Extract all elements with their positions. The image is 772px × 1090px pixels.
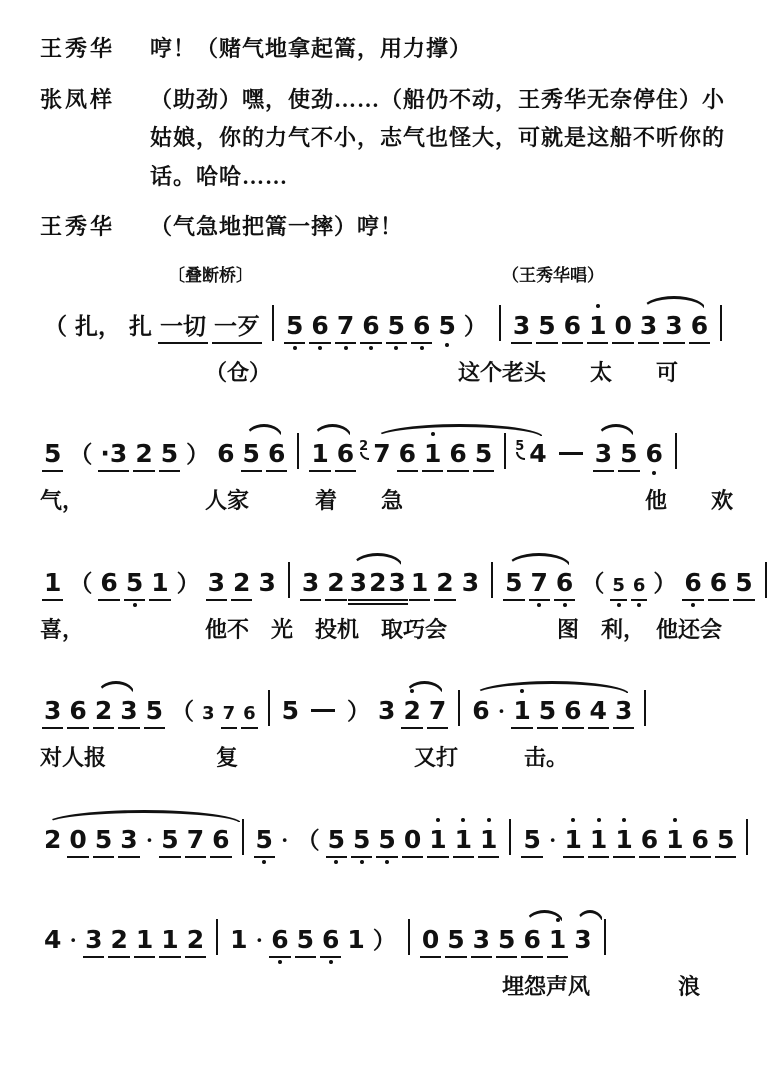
beam-line [300, 599, 321, 601]
beam-line [402, 856, 423, 858]
note: 1 [455, 827, 472, 852]
note: 5 [523, 827, 540, 852]
note: 3 [388, 570, 405, 595]
beam-line [149, 599, 170, 601]
note: 5 [256, 827, 273, 852]
note: 2 [436, 570, 453, 595]
note: 6 [362, 313, 379, 338]
note: 0 [404, 827, 421, 852]
note: 3 [595, 441, 612, 466]
octave-dot-low [344, 346, 348, 350]
slur-arc [313, 424, 352, 438]
beam-line [411, 342, 432, 344]
note: 6 [100, 570, 117, 595]
beam-line [397, 470, 418, 472]
beam-line [511, 342, 532, 344]
notes-row: 1（651）32332323123576（56）665 [40, 542, 732, 616]
slur-arc [352, 553, 403, 567]
note: 3 [350, 570, 367, 595]
octave-dot-low [691, 603, 695, 607]
octave-dot-low [262, 860, 266, 864]
barline [268, 690, 270, 726]
note: 2 [135, 441, 152, 466]
octave-dot-low [637, 603, 641, 607]
beam-line [521, 856, 542, 858]
music-system: 4·321121·6561）0535613 埋怨声风 浪 [40, 899, 732, 1002]
beam-line [478, 856, 499, 858]
score-text: ） [653, 572, 676, 595]
note: 5 [498, 927, 515, 952]
score-text: （ [171, 700, 194, 723]
score-text: 扎， [75, 315, 121, 338]
note: 7 [531, 570, 548, 595]
beam-line [471, 956, 492, 958]
note: 6 [564, 698, 581, 723]
note: 5 [505, 570, 522, 595]
lyrics-line: 喜， 他不 光 投机 取巧会 图 利， 他还会 [40, 616, 732, 645]
beam-line [326, 856, 347, 858]
beam-line [473, 470, 494, 472]
note: 0 [422, 927, 439, 952]
beam-line [98, 599, 119, 601]
note: 3 [85, 927, 102, 952]
note: 6 [69, 698, 86, 723]
beam-line [67, 856, 88, 858]
octave-dot-low [360, 860, 364, 864]
beam-line [108, 956, 129, 958]
beam-line [325, 599, 346, 601]
note: 3 [120, 827, 137, 852]
speech-text: 哼！（赌气地拿起篙，用力撑） [150, 30, 732, 69]
barline [746, 819, 748, 855]
beam-line [386, 342, 407, 344]
note: 4 [590, 698, 607, 723]
beam-line [221, 727, 238, 729]
barline [288, 562, 290, 598]
beam-line [159, 956, 180, 958]
beam-line [212, 342, 262, 344]
beam-line [367, 599, 388, 601]
octave-dot-high [596, 304, 600, 308]
note: 1 [590, 827, 607, 852]
note: 1 [44, 570, 61, 595]
speaker-name: 张凤样 [40, 81, 150, 197]
note: 5 [538, 313, 555, 338]
octave-dot-low [334, 860, 338, 864]
note: 5 [95, 827, 112, 852]
note: 3 [208, 570, 225, 595]
slur-arc [597, 424, 635, 438]
beam-line [420, 956, 441, 958]
note: 1 [666, 827, 683, 852]
lyrics-line: （仓） 这个老头 太 可 [40, 359, 732, 388]
octave-dot-high [571, 818, 575, 822]
score-text: 扎 [129, 315, 152, 338]
held-note-dash [559, 452, 583, 455]
score-text: ） [464, 315, 487, 338]
octave-dot-low [329, 960, 333, 964]
score-text: （ [44, 315, 67, 338]
note: 6 [217, 441, 234, 466]
score-text: · [281, 829, 289, 852]
beam-line [241, 470, 262, 472]
lyrics-line: 埋怨声风 浪 [40, 973, 732, 1002]
slur-arc [405, 681, 444, 695]
beam-line [309, 470, 330, 472]
note: 5 [297, 927, 314, 952]
speech-text: （气急地把篙一摔）哼！ [150, 208, 732, 247]
beam-line [639, 856, 660, 858]
octave-dot-low [318, 346, 322, 350]
note: 1 [429, 827, 446, 852]
slur-arc [245, 424, 283, 438]
score-text: ） [186, 443, 209, 466]
note: 5 [44, 441, 61, 466]
score-text: · [549, 829, 557, 852]
speaker-name: 王秀华 [40, 30, 150, 69]
octave-dot-low [133, 603, 137, 607]
score-text: · [146, 829, 154, 852]
note: 5 [126, 570, 143, 595]
beam-line [210, 856, 231, 858]
note: 5 [447, 927, 464, 952]
beam-line [386, 603, 407, 605]
beam-line [613, 856, 634, 858]
beam-line [134, 956, 155, 958]
beam-line [422, 470, 443, 472]
note: 2 [233, 570, 250, 595]
beam-line [206, 599, 227, 601]
note: 3 [120, 698, 137, 723]
barline [458, 690, 460, 726]
note: 3 [665, 313, 682, 338]
beam-line [159, 856, 180, 858]
beam-line [158, 342, 208, 344]
note: 6 [641, 827, 658, 852]
score-text: ） [177, 572, 200, 595]
note: 5 [353, 827, 370, 852]
score-text: （ [297, 829, 320, 852]
slur-arc [46, 810, 242, 824]
note: 6 [684, 570, 701, 595]
octave-dot-low [278, 960, 282, 964]
note: 5 [735, 570, 752, 595]
note: 6 [564, 313, 581, 338]
note: 7 [187, 827, 204, 852]
beam-line [554, 599, 575, 601]
octave-dot-low [652, 471, 656, 475]
barline [491, 562, 493, 598]
beam-line [511, 727, 532, 729]
barline [408, 919, 410, 955]
beam-line [93, 856, 114, 858]
note: 1 [230, 927, 247, 952]
beam-line [593, 470, 614, 472]
note: 2 [187, 927, 204, 952]
note: 0 [614, 313, 631, 338]
note: 7 [373, 441, 390, 466]
beam-line [445, 956, 466, 958]
beam-line [124, 599, 145, 601]
notes-row: 36235（3765）3276·15643 [40, 670, 732, 744]
music-system: 〔叠断桥〕（王秀华唱）（扎，扎一切一歹5676565）35610336 （仓） … [40, 261, 732, 388]
beam-line [613, 727, 634, 729]
dialogue-row: 王秀华哼！（赌气地拿起篙，用力撑） [40, 30, 732, 69]
score-text: （ [69, 443, 92, 466]
note: 6 [646, 441, 663, 466]
note: 7 [223, 705, 236, 723]
slur-arc [507, 553, 571, 567]
score-text: · [256, 929, 264, 952]
note: 1 [549, 927, 566, 952]
note: 5 [475, 441, 492, 466]
beam-line [427, 727, 448, 729]
note: 2 [95, 698, 112, 723]
beam-line [521, 956, 542, 958]
note: 5 [539, 698, 556, 723]
beam-line [266, 470, 287, 472]
note: 3 [513, 313, 530, 338]
note: 7 [429, 698, 446, 723]
score-text: ） [347, 700, 370, 723]
beam-line [453, 856, 474, 858]
note: 1 [411, 570, 428, 595]
beam-line [427, 856, 448, 858]
note: 7 [337, 313, 354, 338]
beam-line [42, 727, 63, 729]
note: 6 [311, 313, 328, 338]
dialogue-row: 王秀华（气急地把篙一摔）哼！ [40, 208, 732, 247]
note: 6 [243, 705, 256, 723]
note: 2 [44, 827, 61, 852]
note: 5 [161, 827, 178, 852]
beam-line [588, 727, 609, 729]
beam-line [612, 342, 633, 344]
note: 1 [311, 441, 328, 466]
beam-line [241, 727, 258, 729]
barline [297, 433, 299, 469]
note: 1 [589, 313, 606, 338]
note: 5 [388, 313, 405, 338]
speech-text: （助劲）嘿，使劲……（船仍不动，王秀华无奈停住）小姑娘，你的力气不小，志气也怪大… [150, 81, 732, 197]
note: ·3 [100, 441, 127, 466]
beam-line [159, 470, 180, 472]
barline [675, 433, 677, 469]
beam-line [98, 470, 129, 472]
note: 6 [413, 313, 430, 338]
grace-note: 5 [515, 440, 524, 453]
tune-label: 〔叠断桥〕 [168, 261, 253, 286]
note: 6 [556, 570, 573, 595]
music-score: 〔叠断桥〕（王秀华唱）（扎，扎一切一歹5676565）35610336 （仓） … [40, 261, 732, 1002]
note: 6 [523, 927, 540, 952]
beam-line [118, 856, 139, 858]
beam-line [185, 856, 206, 858]
beam-line [733, 599, 754, 601]
octave-dot-high [673, 818, 677, 822]
slur-arc [474, 681, 630, 695]
beam-line [295, 956, 316, 958]
note: 3 [202, 705, 215, 723]
note: 5 [282, 698, 299, 723]
speaker-name: 王秀华 [40, 208, 150, 247]
beam-line [664, 856, 685, 858]
beam-line [133, 470, 154, 472]
note: 3 [615, 698, 632, 723]
lyrics-line: 气， 人家 着 急 他 欢 [40, 487, 732, 516]
barline [644, 690, 646, 726]
music-system: 36235（3765）3276·15643对人报 复 又打 击。 [40, 670, 732, 773]
note: 4 [529, 441, 546, 466]
beam-line [254, 856, 275, 858]
note: 6 [322, 927, 339, 952]
tune-label: （王秀华唱） [502, 261, 604, 286]
beam-line [536, 342, 557, 344]
note: 3 [640, 313, 657, 338]
beam-line [690, 856, 711, 858]
note: 5 [438, 313, 455, 338]
note: 6 [472, 698, 489, 723]
beam-line [631, 599, 648, 601]
dialogue-row: 张凤样（助劲）嘿，使劲……（船仍不动，王秀华无奈停住）小姑娘，你的力气不小，志气… [40, 81, 732, 197]
beam-line [434, 599, 455, 601]
note: 1 [136, 927, 153, 952]
note: 2 [369, 570, 386, 595]
note: 3 [44, 698, 61, 723]
beam-line [447, 470, 468, 472]
beam-line [409, 599, 430, 601]
note: 4 [44, 927, 61, 952]
notes-row: （扎，扎一切一歹5676565）35610336 [40, 285, 732, 359]
barline [504, 433, 506, 469]
note: 6 [691, 313, 708, 338]
beam-line [231, 599, 252, 601]
note: 5 [612, 577, 625, 595]
note: 6 [692, 827, 709, 852]
note: 6 [449, 441, 466, 466]
beam-line [503, 599, 524, 601]
score-text: · [69, 929, 77, 952]
octave-dot-low [617, 603, 621, 607]
octave-dot-low [394, 346, 398, 350]
note: 1 [151, 570, 168, 595]
beam-line [682, 599, 703, 601]
score-text: 一切 [160, 315, 206, 338]
slur-arc [375, 424, 544, 438]
note: 0 [69, 827, 86, 852]
score-text: （ [581, 572, 604, 595]
lyrics-line: 对人报 复 又打 击。 [40, 744, 732, 773]
beam-line [386, 599, 407, 601]
beam-line [587, 342, 608, 344]
note: 5 [717, 827, 734, 852]
note: 1 [513, 698, 530, 723]
note: 6 [710, 570, 727, 595]
note: 5 [146, 698, 163, 723]
note: 3 [302, 570, 319, 595]
note: 5 [328, 827, 345, 852]
barline [499, 305, 501, 341]
beam-line [562, 727, 583, 729]
octave-dot-low [563, 603, 567, 607]
note: 2 [403, 698, 420, 723]
note: 3 [462, 570, 479, 595]
barline [272, 305, 274, 341]
music-system: 5（·325）6561627616554356气， 人家 着 急 他 欢 [40, 413, 732, 516]
beam-line [529, 599, 550, 601]
notes-row: 4·321121·6561）0535613 [40, 899, 732, 973]
octave-dot-low [537, 603, 541, 607]
beam-line [618, 470, 639, 472]
slur-arc [525, 910, 564, 924]
score-text: （ [69, 572, 92, 595]
note: 6 [212, 827, 229, 852]
octave-dot-high [622, 818, 626, 822]
beam-line [335, 342, 356, 344]
beam-line [401, 727, 422, 729]
beam-line [689, 342, 710, 344]
beam-line [663, 342, 684, 344]
beam-line [638, 342, 659, 344]
beam-line [67, 727, 88, 729]
beam-line [547, 956, 568, 958]
note: 1 [565, 827, 582, 852]
beam-line [708, 599, 729, 601]
note: 6 [337, 441, 354, 466]
slur-arc [642, 296, 706, 310]
octave-dot-high [461, 818, 465, 822]
barline [509, 819, 511, 855]
beam-line [496, 956, 517, 958]
beam-line [537, 727, 558, 729]
slur-arc [576, 910, 604, 924]
note: 1 [161, 927, 178, 952]
note: 2 [110, 927, 127, 952]
barline [720, 305, 722, 341]
beam-line [144, 727, 165, 729]
beam-line [715, 856, 736, 858]
score-text: · [498, 700, 506, 723]
note: 5 [286, 313, 303, 338]
grace-note: 2 [359, 440, 368, 453]
beam-line [360, 342, 381, 344]
beam-line [588, 856, 609, 858]
beam-line [335, 470, 356, 472]
barline [604, 919, 606, 955]
score-text: 一歹 [214, 315, 260, 338]
octave-dot-low [369, 346, 373, 350]
barline [216, 919, 218, 955]
notes-row: 5（·325）6561627616554356 [40, 413, 732, 487]
dialogue: 王秀华哼！（赌气地拿起篙，用力撑）张凤样（助劲）嘿，使劲……（船仍不动，王秀华无… [40, 30, 732, 247]
music-system: 1（651）32332323123576（56）665喜， 他不 光 投机 取巧… [40, 542, 732, 645]
beam-line [118, 727, 139, 729]
beam-line [348, 599, 369, 601]
beam-line [376, 856, 397, 858]
octave-dot-high [436, 818, 440, 822]
beam-line [284, 342, 305, 344]
beam-line [185, 956, 206, 958]
octave-dot-low [293, 346, 297, 350]
note: 5 [161, 441, 178, 466]
beam-line [348, 603, 369, 605]
note: 6 [271, 927, 288, 952]
note: 1 [424, 441, 441, 466]
note: 5 [620, 441, 637, 466]
octave-dot-low [385, 860, 389, 864]
beam-line [320, 956, 341, 958]
barline [242, 819, 244, 855]
